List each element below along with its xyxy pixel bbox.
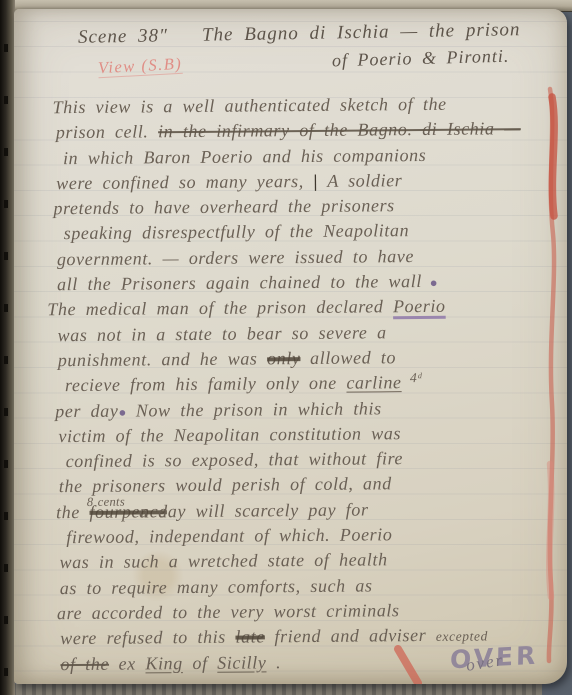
text-segment: was not in a state to bear so severe a [57,322,386,345]
text-segment: This view is a well authenticated sketch… [52,94,446,117]
text-segment: only [267,348,301,368]
text-segment: . [266,652,281,672]
text-segment: pretends to have overheard the prisoners [53,195,394,218]
text-segment: are accorded to the very worst criminals [57,600,400,623]
book-binding [0,0,15,695]
text-segment: 4ᵈ [401,370,422,385]
text-segment: allowed to [300,347,396,368]
text-segment: all the Prisoners again chained to the w… [57,271,422,294]
text-segment: ● [118,404,126,419]
text-segment: of [183,652,218,672]
text-segment: were confined so many years, [56,171,313,193]
text-segment: a day will scarcely pay for [139,499,369,521]
text-segment: The medical man of the prison declared [47,297,393,320]
text-segment: speaking disrespectfully of the Neapolit… [64,221,410,244]
red-view-annotation: View (S.B) [98,54,183,78]
text-segment: recieve from his family only one [65,373,347,395]
text-segment: A soldier [318,170,403,191]
text-segment: in which Baron Poerio and his companions [63,145,426,168]
text-segment: confined is so exposed, that without fir… [66,448,404,471]
text-segment: per day [55,400,118,421]
manuscript-line: prison cell. in the infirmary of the Bag… [56,116,557,146]
page-subtitle: of Poerio & Pironti. [332,46,510,72]
text-segment: Now the prison in which this [126,398,382,420]
text-segment: punishment. and he was [58,348,267,370]
text-segment: excepted [436,629,488,644]
text-segment: 8 cents [87,494,125,508]
text-segment: ex [109,653,146,673]
text-segment: King [145,653,183,673]
book-bottom-page-edges [6,684,542,695]
text-segment: in the infirmary of the Bagno. di Ischia… [158,118,521,141]
text-segment: of the [60,653,109,673]
title-text: The Bagno di Ischia — the prison [202,19,521,46]
text-segment: victim of the Neapolitan constitution wa… [58,423,401,446]
scene-number-label: Scene 38″ [78,25,168,48]
text-segment: as to require many comforts, such as [60,575,373,598]
text-segment: firewood, independant of which. Poerio [66,524,392,547]
text-segment: prison cell. [56,122,158,143]
text-segment: the prisoners would perish of cold, and [59,474,392,497]
text-segment: Sicilly [217,652,266,672]
text-segment: government. — orders were issued to have [57,246,414,269]
text-segment: were refused to this [60,627,235,649]
text-segment: the [56,502,90,522]
manuscript-photo: Scene 38″The Bagno di Ischia — the priso… [0,0,572,695]
manuscript-page: Scene 38″The Bagno di Ischia — the priso… [14,9,567,684]
text-segment: friend and adviser [265,625,436,646]
text-segment: late [235,627,265,647]
text-segment: ● [422,275,438,290]
text-segment: Poerio [393,296,446,316]
text-segment: was in such a wretched state of health [59,550,387,573]
text-segment: carline [346,372,401,392]
manuscript-body: This view is a well authenticated sketch… [55,91,561,677]
page-title: Scene 38″The Bagno di Ischia — the priso… [78,19,521,49]
